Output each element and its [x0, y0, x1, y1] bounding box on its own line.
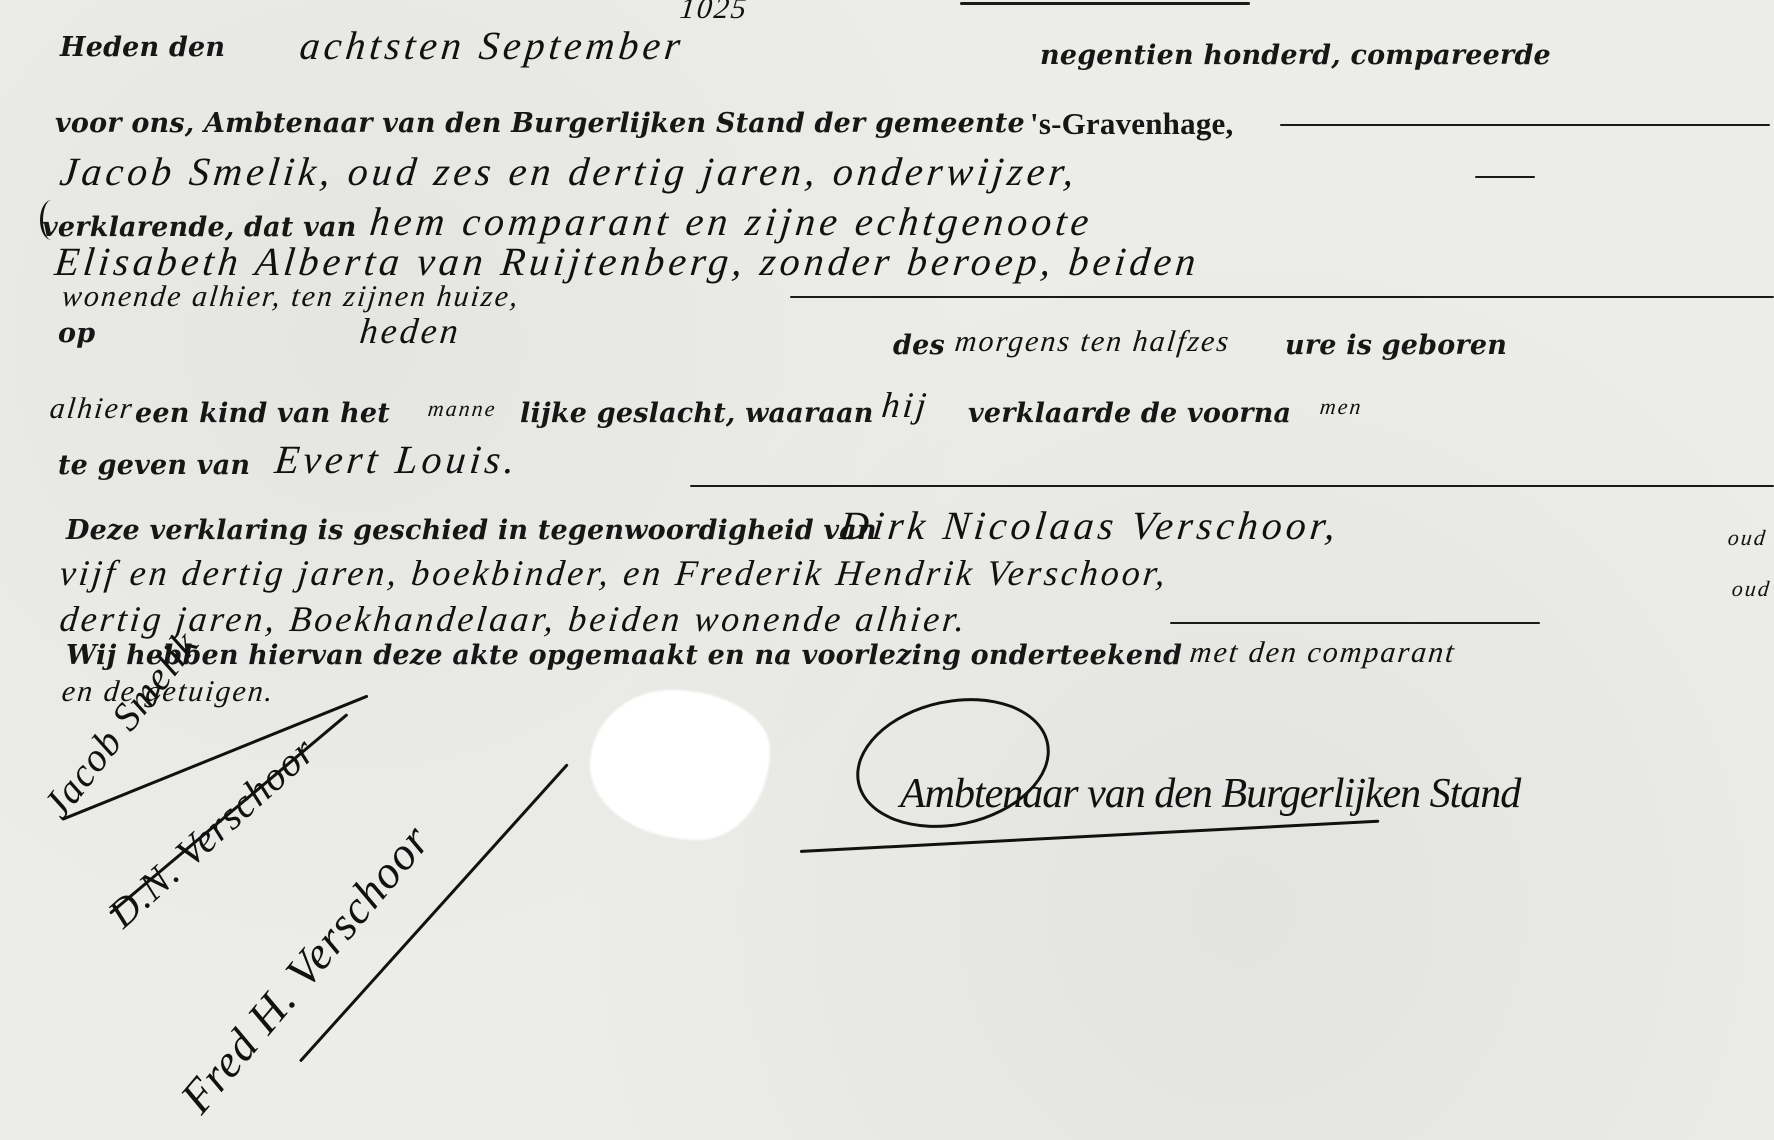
- rule-line-3: [1475, 176, 1535, 178]
- record-number: 1025: [678, 0, 750, 26]
- paper-stain: [590, 690, 770, 840]
- printed-des: des: [893, 330, 945, 361]
- printed-geboren: ure is geboren: [1285, 330, 1507, 361]
- place-gravenhage: 's-Gravenhage,: [1030, 106, 1233, 142]
- printed-verklaarde: verklaarde de voorna: [968, 398, 1291, 429]
- printed-akte-opgemaakt: Wij hebben hiervan deze akte opgemaakt e…: [66, 640, 1182, 671]
- handwritten-men: men: [1319, 394, 1364, 420]
- handwritten-hij: hij: [880, 384, 931, 426]
- printed-geslacht: lijke geslacht, waaraan: [520, 398, 874, 429]
- printed-officer-line: voor ons, Ambtenaar van den Burgerlijken…: [55, 108, 1025, 139]
- child-name: Evert Louis.: [273, 436, 521, 483]
- birth-certificate-page: 1025 Heden den achtsten September negent…: [0, 0, 1774, 1140]
- handwritten-comparant: met den comparant: [1188, 636, 1457, 670]
- signature-witness-1-underline: [109, 713, 348, 915]
- residence: wonende alhier, ten zijnen huize,: [60, 280, 521, 314]
- handwritten-date: achtsten September: [298, 22, 687, 69]
- printed-heden-den: Heden den: [60, 32, 225, 63]
- rule-line-2: [1280, 124, 1770, 126]
- birth-day: heden: [358, 310, 463, 352]
- witness-1-name: Dirk Nicolaas Verschoor,: [838, 502, 1342, 549]
- witness-2-details: dertig jaren, Boekhandelaar, beiden wone…: [58, 598, 970, 640]
- top-rule: [960, 2, 1250, 5]
- witness-2-suffix: oud: [1731, 576, 1773, 602]
- declarant-details: Jacob Smelik, oud zes en dertig jaren, o…: [58, 148, 1081, 195]
- mother-details: Elisabeth Alberta van Ruijtenberg, zonde…: [53, 238, 1203, 285]
- printed-tegenwoordigheid: Deze verklaring is geschied in tegenwoor…: [66, 515, 877, 546]
- printed-op: op: [58, 318, 95, 349]
- witness-details: vijf en dertig jaren, boekbinder, en Fre…: [58, 552, 1171, 594]
- signature-registrar-underline: [800, 820, 1379, 853]
- handwritten-alhier: alhier: [48, 392, 135, 426]
- signature-registrar-flourish: [844, 681, 1062, 845]
- rule-line-6: [790, 296, 1774, 298]
- printed-kind-van-het: een kind van het: [135, 398, 390, 429]
- printed-te-geven-van: te geven van: [58, 450, 250, 481]
- birth-time: morgens ten halfzes: [953, 325, 1232, 359]
- rule-line-12: [1170, 622, 1540, 624]
- printed-year-compareerde: negentien honderd, compareerde: [1040, 40, 1551, 71]
- witness-1-suffix: oud: [1727, 525, 1769, 551]
- rule-line-9: [690, 485, 1774, 487]
- handwritten-manne: manne: [427, 396, 498, 422]
